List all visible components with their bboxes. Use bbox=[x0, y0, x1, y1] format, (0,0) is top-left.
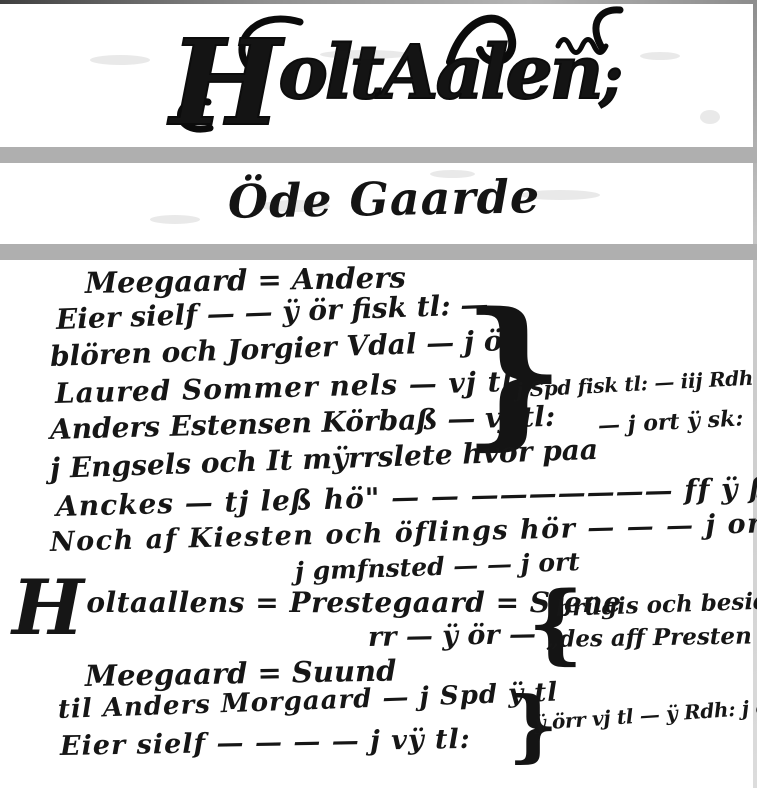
gray-scan-band-top bbox=[0, 147, 757, 163]
title-initial: H bbox=[170, 13, 279, 152]
gray-scan-band-bottom bbox=[0, 244, 757, 260]
scan-noise bbox=[150, 215, 200, 224]
manuscript-line-14: Eier sielf — — — — j vÿ tl: bbox=[60, 724, 471, 762]
page-title: HoltAalen; bbox=[170, 14, 623, 142]
scan-right-edge-artifact bbox=[753, 0, 757, 788]
scan-noise bbox=[700, 110, 720, 124]
decorative-initial: H bbox=[12, 563, 84, 652]
page-title-block: HoltAalen; bbox=[150, 4, 620, 146]
scan-noise bbox=[320, 50, 410, 59]
scan-noise bbox=[430, 170, 475, 178]
group-2-annotation-line-2: „des aff Presten bbox=[546, 622, 752, 653]
grouping-brace-1: } bbox=[462, 292, 565, 450]
group-1-annotation-line-2: — j ort ÿ sk: bbox=[597, 405, 744, 439]
scan-noise bbox=[520, 190, 600, 200]
title-rest: oltAalen bbox=[279, 30, 601, 116]
title-punctuation: ; bbox=[601, 43, 623, 113]
scan-noise bbox=[90, 55, 150, 65]
manuscript-line-11: rr — ÿ ör — bbox=[368, 619, 536, 653]
section-heading: Öde Gaarde bbox=[228, 169, 541, 228]
scan-noise bbox=[260, 200, 330, 212]
scan-noise bbox=[640, 52, 680, 60]
group-3-annotation-line-1: ÿ örr vj tl — ÿ Rdh: j ort bbox=[533, 693, 757, 735]
manuscript-scan-page: HoltAalen; Öde Gaarde Meegaard = Anders … bbox=[0, 0, 757, 788]
